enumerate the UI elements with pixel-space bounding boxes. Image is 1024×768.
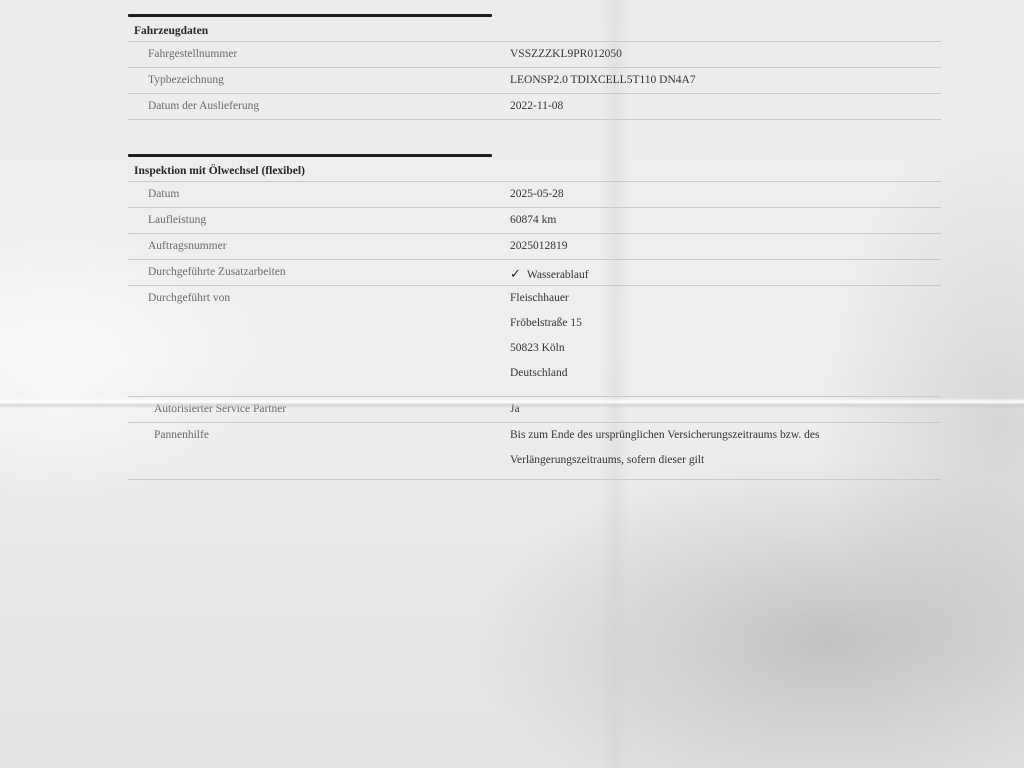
mileage-value: 60874 km [490, 208, 941, 226]
vin-label: Fahrgestellnummer [128, 42, 490, 60]
inspection-section: Inspektion mit Ölwechsel (flexibel) Datu… [128, 154, 941, 480]
type-designation-label: Typbezeichnung [128, 68, 490, 86]
dealer-country: Deutschland [510, 367, 941, 392]
vehicle-data-section: Fahrzeugdaten Fahrgestellnummer VSSZZZKL… [128, 14, 941, 120]
breakdown-assistance-label: Pannenhilfe [128, 423, 490, 441]
breakdown-assistance-line: Bis zum Ende des ursprünglichen Versiche… [510, 429, 941, 454]
authorized-partner-label: Autorisierter Service Partner [128, 397, 490, 415]
order-number-row: Auftragsnummer 2025012819 [128, 234, 941, 260]
delivery-date-value: 2022-11-08 [490, 94, 941, 112]
breakdown-assistance-line: Verlängerungszeitraums, sofern dieser gi… [510, 454, 941, 479]
mileage-row: Laufleistung 60874 km [128, 208, 941, 234]
checkmark-icon: ✓ [510, 266, 521, 281]
vin-row: Fahrgestellnummer VSSZZZKL9PR012050 [128, 42, 941, 68]
vehicle-data-title: Fahrzeugdaten [128, 17, 941, 42]
dealer-city: 50823 Köln [510, 342, 941, 367]
type-designation-value: LEONSP2.0 TDIXCELL5T110 DN4A7 [490, 68, 941, 86]
order-number-value: 2025012819 [490, 234, 941, 252]
breakdown-assistance-row: Pannenhilfe Bis zum Ende des ursprünglic… [128, 423, 941, 480]
inspection-date-row: Datum 2025-05-28 [128, 182, 941, 208]
additional-work-label: Durchgeführte Zusatzarbeiten [128, 260, 490, 278]
delivery-date-row: Datum der Auslieferung 2022-11-08 [128, 94, 941, 120]
performed-by-label: Durchgeführt von [128, 286, 490, 304]
breakdown-assistance-value: Bis zum Ende des ursprünglichen Versiche… [490, 423, 941, 479]
authorized-partner-row: Autorisierter Service Partner Ja [128, 397, 941, 423]
type-designation-row: Typbezeichnung LEONSP2.0 TDIXCELL5T110 D… [128, 68, 941, 94]
delivery-date-label: Datum der Auslieferung [128, 94, 490, 112]
inspection-date-value: 2025-05-28 [490, 182, 941, 200]
order-number-label: Auftragsnummer [128, 234, 490, 252]
performed-by-row: Durchgeführt von Fleischhauer Fröbelstra… [128, 286, 941, 397]
vin-value: VSSZZZKL9PR012050 [490, 42, 941, 60]
inspection-date-label: Datum [128, 182, 490, 200]
additional-work-value: ✓Wasserablauf [490, 260, 941, 282]
authorized-partner-value: Ja [490, 397, 941, 415]
mileage-label: Laufleistung [128, 208, 490, 226]
dealer-name: Fleischhauer [510, 292, 941, 317]
dealer-street: Fröbelstraße 15 [510, 317, 941, 342]
performed-by-address: Fleischhauer Fröbelstraße 15 50823 Köln … [490, 286, 941, 392]
additional-work-text: Wasserablauf [527, 269, 589, 281]
inspection-title: Inspektion mit Ölwechsel (flexibel) [128, 157, 941, 182]
additional-work-row: Durchgeführte Zusatzarbeiten ✓Wasserabla… [128, 260, 941, 286]
